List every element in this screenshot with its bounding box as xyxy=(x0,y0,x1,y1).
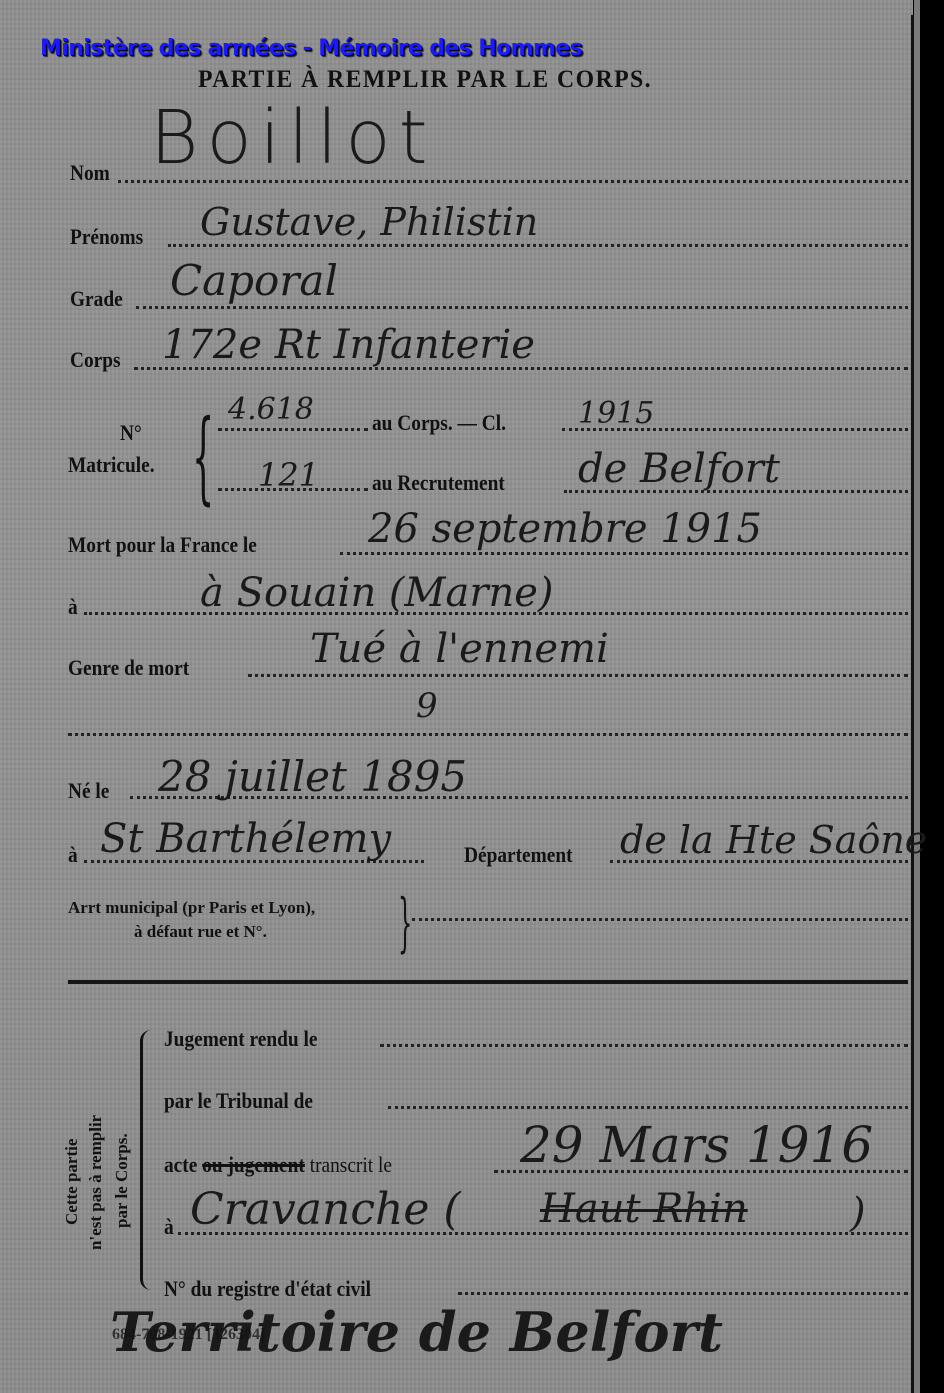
genre-mort-value: Tué à l'ennemi xyxy=(310,626,609,672)
side-note-line3: par le Corps. xyxy=(112,1133,132,1228)
corps-value: 172e Rt Infanterie xyxy=(162,322,535,368)
side-note-line2: n'est pas à remplir xyxy=(86,1115,106,1250)
transcrit-lieu-close: ) xyxy=(850,1190,866,1236)
arrondissement-label-line1: Arrt municipal (pr Paris et Lyon), xyxy=(68,898,315,918)
grade-value: Caporal xyxy=(170,256,338,305)
arrondissement-line xyxy=(412,918,908,921)
nom-value: Boillot xyxy=(150,95,436,181)
transcrit-rest: transcrit le xyxy=(310,1152,392,1177)
matricule-corps-line xyxy=(218,428,368,431)
side-note-line1: Cette partie xyxy=(62,1139,82,1225)
prenoms-value: Gustave, Philistin xyxy=(200,200,538,244)
classe-value: 1915 xyxy=(578,396,654,431)
recrutement-place-value: de Belfort xyxy=(578,446,780,492)
matricule-corps-label: au Corps. — Cl. xyxy=(372,410,506,436)
recrutement-label: au Recrutement xyxy=(372,470,505,496)
transcrit-acte: acte xyxy=(164,1152,197,1177)
grade-label: Grade xyxy=(70,286,123,312)
registre-line xyxy=(458,1292,908,1295)
registre-stamp: 684-708-1921 [326304] xyxy=(112,1326,265,1344)
naissance-date-label: Né le xyxy=(68,778,109,804)
form-heading: PARTIE À REMPLIR PAR LE CORPS. xyxy=(198,66,652,94)
jugement-brace xyxy=(140,1030,151,1290)
transcrit-label: acte ou jugement transcrit le xyxy=(164,1152,392,1178)
corps-label: Corps xyxy=(70,347,121,373)
mort-lieu-label: à xyxy=(68,594,78,620)
tribunal-label: par le Tribunal de xyxy=(164,1088,313,1114)
matricule-brace: { xyxy=(192,398,214,515)
departement-label: Département xyxy=(464,842,573,868)
tribunal-line xyxy=(388,1106,908,1109)
mort-lieu-value: à Souain (Marne) xyxy=(200,570,554,616)
naissance-lieu-value: St Barthélemy xyxy=(100,816,391,862)
mort-date-line xyxy=(340,552,908,555)
separator-dots xyxy=(68,733,908,736)
page-edge xyxy=(914,0,920,1393)
matricule-no-label: N° xyxy=(120,420,142,446)
genre-mort-line xyxy=(248,674,908,677)
jugement-rendu-line xyxy=(380,1044,908,1047)
arrondissement-brace: } xyxy=(398,886,412,960)
transcrit-struck: ou jugement xyxy=(202,1152,305,1177)
naissance-date-value: 28 juillet 1895 xyxy=(158,752,467,801)
registre-label: N° du registre d'état civil xyxy=(164,1276,371,1302)
page-border-line xyxy=(911,15,914,1393)
matricule-corps-value: 4.618 xyxy=(228,392,314,427)
watermark: Ministère des armées - Mémoire des Homme… xyxy=(40,36,582,61)
naissance-lieu-label: à xyxy=(68,842,78,868)
prenoms-line xyxy=(168,244,908,247)
matricule-label: Matricule. xyxy=(68,452,155,478)
mort-date-value: 26 septembre 1915 xyxy=(368,506,762,552)
mort-date-label: Mort pour la France le xyxy=(68,532,257,558)
nom-label: Nom xyxy=(70,160,110,186)
genre-mort-extra: 9 xyxy=(416,686,438,726)
prenoms-label: Prénoms xyxy=(70,224,143,250)
genre-mort-label: Genre de mort xyxy=(68,655,189,681)
jugement-rendu-label: Jugement rendu le xyxy=(164,1026,317,1052)
arrondissement-label-line2: à défaut rue et N°. xyxy=(134,922,267,942)
transcrit-value: 29 Mars 1916 xyxy=(520,1116,873,1174)
matricule-recrutement-value: 121 xyxy=(258,456,319,494)
grade-line xyxy=(136,306,908,309)
departement-value: de la Hte Saône xyxy=(620,818,927,862)
section-divider xyxy=(68,980,908,984)
transcrit-lieu-struck: Haut Rhin xyxy=(540,1186,748,1232)
transcrit-lieu-label: à xyxy=(164,1214,174,1240)
transcrit-lieu-value: Cravanche ( xyxy=(190,1184,461,1235)
